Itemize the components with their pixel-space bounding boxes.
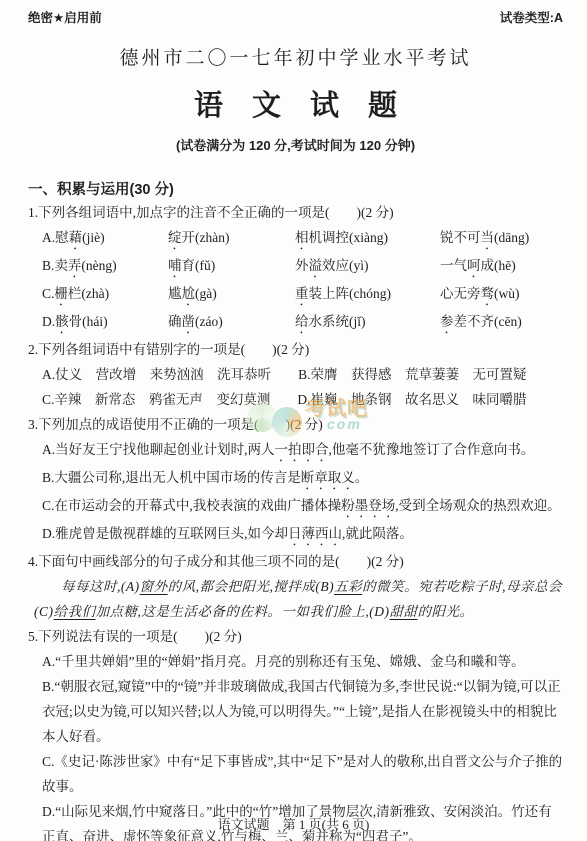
underlined-text: 甜甜 xyxy=(390,604,418,619)
q5-option-a: A.“千里共婵娟”里的“婵娟”指月亮。月亮的别称还有玉兔、嫦娥、金乌和曦和等。 xyxy=(28,649,563,674)
dotted-text: 尬 xyxy=(182,286,196,301)
text-segment: A.当好友王宁找他聊起创业计划时,两人 xyxy=(42,442,275,457)
dotted-text: 哺 xyxy=(168,258,182,273)
q1-stem: 1.下列各组词语中,加点字的注音不全正确的一项是( )(2 分) xyxy=(28,200,563,225)
text-segment: 的风,都会把阳光,搅拌成(B) xyxy=(168,579,335,594)
q1-option-b-3: 外溢效应(yì) xyxy=(295,253,440,281)
dotted-text: 绽 xyxy=(168,230,182,245)
text-segment: C.在市运动会的开幕式中,我校表演的戏曲广播体操 xyxy=(42,498,341,513)
q1-option-c-2: 尴尬(gà) xyxy=(168,281,295,309)
dotted-text: 溢 xyxy=(309,258,323,273)
text-segment: C. xyxy=(42,286,54,301)
text-segment: 育(fǔ) xyxy=(182,258,216,273)
dotted-text: 粉墨登场 xyxy=(341,498,395,513)
dotted-text: 骸 xyxy=(55,314,69,329)
dotted-text: 凿 xyxy=(182,314,196,329)
security-marking: 绝密★启用前 xyxy=(28,8,102,26)
dotted-text: 藉 xyxy=(69,230,83,245)
q3-option-b: B.大疆公司称,退出无人机中国市场的传言是断章取义。 xyxy=(28,465,563,493)
text-segment: 差不齐(cēn) xyxy=(454,314,522,329)
q1-option-a-2: 绽开(zhàn) xyxy=(168,225,295,253)
q3-stem: 3.下列加点的成语使用不正确的一项是( )(2 分) xyxy=(28,412,563,437)
q1-option-b-2: 哺育(fǔ) xyxy=(168,253,295,281)
text-segment: A.慰 xyxy=(42,230,69,245)
q1-option-a-1: A.慰藉(jiè) xyxy=(42,225,168,253)
q1-option-d-3: 给水系统(jǐ) xyxy=(295,309,440,337)
dotted-text: 弄 xyxy=(68,258,82,273)
dotted-text: 骛 xyxy=(481,286,495,301)
q1-option-b-1: B.卖弄(nèng) xyxy=(42,253,168,281)
paper-type-label: 试卷类型:A xyxy=(500,8,563,26)
page-header: 绝密★启用前 试卷类型:A xyxy=(28,8,563,26)
dotted-text: 断章取义 xyxy=(301,470,355,485)
dotted-text: 重 xyxy=(295,286,309,301)
subject-title: 语 文 试 题 xyxy=(28,83,563,124)
exam-meta: (试卷满分为 120 分,考试时间为 120 分钟) xyxy=(28,135,563,154)
text-segment: (záo) xyxy=(195,314,223,329)
q1-options-grid: A.慰藉(jiè) 绽开(zhàn) 相机调控(xiàng) 锐不可当(dāng… xyxy=(28,225,563,337)
text-segment: 确 xyxy=(168,314,182,329)
dotted-text: 呵 xyxy=(467,258,481,273)
q1-option-b-4: 一气呵成(hē) xyxy=(440,253,563,281)
text-segment: (jiè) xyxy=(82,230,105,245)
q3-option-c: C.在市运动会的开幕式中,我校表演的戏曲广播体操粉墨登场,受到全场观众的热烈欢迎… xyxy=(28,493,563,521)
text-segment: 加点糖,这是生活必备的佐料。一如我们脸上,(D) xyxy=(96,604,390,619)
text-segment: 尴 xyxy=(168,286,182,301)
q4-passage: 每每这时,(A)窗外的风,都会把阳光,搅拌成(B)五彩的微笑。宛若吃粽子时,母亲… xyxy=(28,574,563,624)
text-segment: B.卖 xyxy=(42,258,68,273)
q1-option-d-1: D.骸骨(hái) xyxy=(42,309,168,337)
text-segment: D.雅虎曾是傲视群雄的互联网巨头,如今却 xyxy=(42,526,288,541)
dotted-text: 给 xyxy=(295,314,309,329)
q4-stem: 4.下面句中画线部分的句子成分和其他三项不同的是( )(2 分) xyxy=(28,549,563,574)
text-segment: 骨(hái) xyxy=(69,314,108,329)
q1-option-d-2: 确凿(záo) xyxy=(168,309,295,337)
text-segment: 成(hē) xyxy=(481,258,516,273)
q5-stem: 5.下列说法有误的一项是( )(2 分) xyxy=(28,624,563,649)
text-segment: 开(zhàn) xyxy=(182,230,230,245)
exam-name: 德州市二〇一七年初中学业水平考试 xyxy=(28,43,563,70)
text-segment: 水系统(jǐ) xyxy=(309,314,366,329)
text-segment: 栏(zhà) xyxy=(68,286,109,301)
underlined-text: 五彩 xyxy=(334,579,362,594)
text-segment: 每每这时,(A) xyxy=(61,579,140,594)
dotted-text: 参 xyxy=(440,314,454,329)
q3-option-d: D.雅虎曾是傲视群雄的互联网巨头,如今却日薄西山,就此陨落。 xyxy=(28,521,563,549)
q2-options-row-1: A.仗义 营改增 来势汹汹 洗耳恭听 B.荣膺 获得感 荒草萋萋 无可置疑 xyxy=(28,362,563,387)
q1-option-d-4: 参差不齐(cēn) xyxy=(440,309,563,337)
section-1-body: 1.下列各组词语中,加点字的注音不全正确的一项是( )(2 分) A.慰藉(ji… xyxy=(28,200,563,841)
q5-option-b: B.“朝服衣冠,窥镜”中的“镜”并非玻璃做成,我国古代铜镜为多,李世民说:“以铜… xyxy=(28,674,563,749)
dotted-text: 日薄西山 xyxy=(288,526,342,541)
text-segment: ,就此陨落。 xyxy=(342,526,413,541)
q3-option-a: A.当好友王宁找他聊起创业计划时,两人一拍即合,他毫不犹豫地签订了合作意向书。 xyxy=(28,437,563,465)
underlined-text: 窗外 xyxy=(140,579,168,594)
text-segment: 一气 xyxy=(440,258,467,273)
text-segment: 心无旁 xyxy=(440,286,481,301)
q5-option-c: C.《史记·陈涉世家》中有“足下事皆成”,其中“足下”是对人的敬称,出自晋文公与… xyxy=(28,749,563,799)
q1-option-c-4: 心无旁骛(wù) xyxy=(440,281,563,309)
q1-option-a-3: 相机调控(xiàng) xyxy=(295,225,440,253)
text-segment: (dāng) xyxy=(494,230,529,245)
text-segment: 的阳光。 xyxy=(418,604,474,619)
text-segment: ,受到全场观众的热烈欢迎。 xyxy=(395,498,560,513)
underlined-text: 给我们 xyxy=(54,604,96,619)
q1-option-a-4: 锐不可当(dāng) xyxy=(440,225,563,253)
text-segment: ,他毫不犹豫地签订了合作意向书。 xyxy=(329,442,535,457)
text-segment: B.大疆公司称,退出无人机中国市场的传言是 xyxy=(42,470,301,485)
text-segment: (gà) xyxy=(195,286,217,301)
text-segment: 机调控(xiàng) xyxy=(309,230,388,245)
text-segment: 效应(yì) xyxy=(322,258,369,273)
text-segment: 外 xyxy=(295,258,309,273)
text-segment: 装上阵(chóng) xyxy=(309,286,391,301)
dotted-text: 一拍即合 xyxy=(275,442,329,457)
text-segment: (nèng) xyxy=(81,258,116,273)
text-segment: 。 xyxy=(355,470,369,485)
dotted-text: 当 xyxy=(481,230,495,245)
text-segment: (wù) xyxy=(494,286,520,301)
q1-option-c-3: 重装上阵(chóng) xyxy=(295,281,440,309)
text-segment: 锐不可 xyxy=(440,230,481,245)
q2-options-row-2: C.辛辣 新常态 鸦雀无声 变幻莫测 D.崔巍 地条钢 故名思义 味同嚼腊 xyxy=(28,387,563,412)
text-segment: D. xyxy=(42,314,55,329)
dotted-text: 相 xyxy=(295,230,309,245)
page-footer: 语文试题 第 1 页(共 6 页) xyxy=(0,816,587,834)
q2-stem: 2.下列各组词语中有错别字的一项是( )(2 分) xyxy=(28,337,563,362)
section-1-heading: 一、积累与运用(30 分) xyxy=(28,180,563,200)
exam-paper-page: 绝密★启用前 试卷类型:A 德州市二〇一七年初中学业水平考试 语 文 试 题 (… xyxy=(0,0,587,841)
dotted-text: 栅 xyxy=(54,286,68,301)
q1-option-c-1: C.栅栏(zhà) xyxy=(42,281,168,309)
